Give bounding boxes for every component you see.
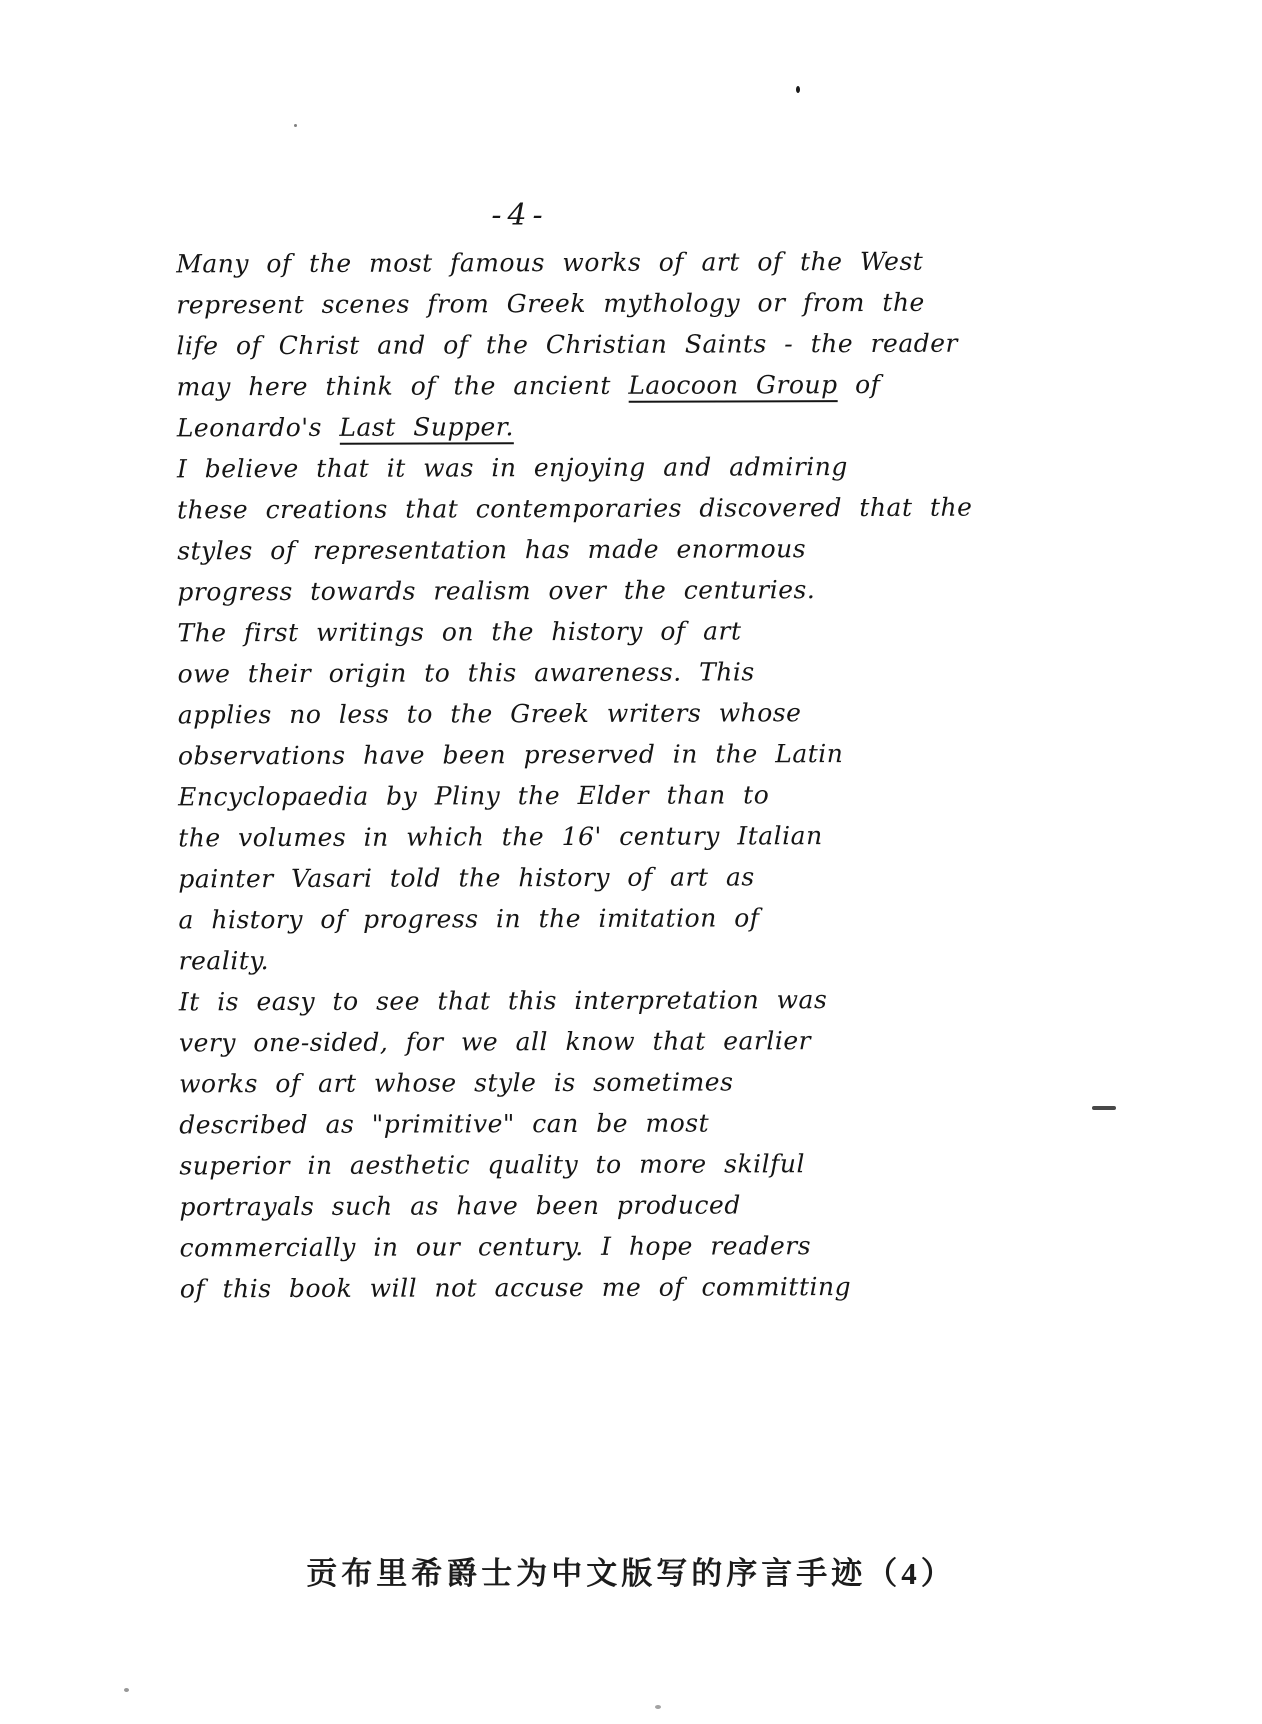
manuscript-line: described as "primitive" can be most bbox=[179, 1102, 969, 1146]
handwriting-segment: reality. bbox=[179, 946, 270, 975]
manuscript-line: observations have been preserved in the … bbox=[178, 733, 968, 777]
handwriting-segment: may here think of the ancient bbox=[177, 371, 629, 402]
handwriting-segment: Leonardo's bbox=[177, 413, 340, 443]
manuscript-line: may here think of the ancient Laocoon Gr… bbox=[177, 364, 967, 408]
handwriting-segment: life of Christ and of the Christian Sain… bbox=[176, 329, 958, 361]
scan-speck bbox=[294, 124, 297, 127]
handwriting-segment: Encyclopaedia by Pliny the Elder than to bbox=[178, 780, 769, 811]
handwriting-segment: represent scenes from Greek mythology or… bbox=[176, 288, 925, 320]
handwriting-segment: superior in aesthetic quality to more sk… bbox=[179, 1149, 805, 1180]
handwriting-segment: commercially in our century. I hope read… bbox=[180, 1231, 812, 1262]
manuscript-line: styles of representation has made enormo… bbox=[177, 528, 967, 572]
handwriting-segment: Many of the most famous works of art of … bbox=[176, 247, 923, 279]
handwriting-segment: very one-sided, for we all know that ear… bbox=[179, 1026, 811, 1057]
handwriting-segment: I believe that it was in enjoying and ad… bbox=[177, 452, 848, 483]
handwriting-segment: of this book will not accuse me of commi… bbox=[180, 1272, 851, 1303]
manuscript-line: painter Vasari told the history of art a… bbox=[178, 856, 968, 900]
manuscript-line: progress towards realism over the centur… bbox=[177, 569, 967, 613]
manuscript-line: The first writings on the history of art bbox=[177, 610, 967, 654]
handwriting-segment: applies no less to the Greek writers who… bbox=[178, 698, 802, 729]
manuscript-line: Encyclopaedia by Pliny the Elder than to bbox=[178, 774, 968, 818]
scan-speck bbox=[796, 86, 800, 93]
chinese-caption: 贡布里希爵士为中文版写的序言手迹（4） bbox=[0, 1548, 1262, 1593]
handwriting-segment: progress towards realism over the centur… bbox=[177, 575, 815, 606]
manuscript-line: the volumes in which the 16' century Ita… bbox=[178, 815, 968, 859]
handwriting-segment: styles of representation has made enormo… bbox=[177, 534, 806, 565]
manuscript-line: I believe that it was in enjoying and ad… bbox=[177, 446, 967, 490]
manuscript-line: represent scenes from Greek mythology or… bbox=[176, 282, 966, 326]
handwritten-text-block: Many of the most famous works of art of … bbox=[176, 241, 970, 1310]
handwriting-segment: observations have been preserved in the … bbox=[178, 739, 844, 770]
handwriting-segment: these creations that contemporaries disc… bbox=[177, 493, 972, 525]
manuscript-line: Leonardo's Last Supper. bbox=[177, 405, 967, 449]
manuscript-line: very one-sided, for we all know that ear… bbox=[179, 1020, 969, 1064]
manuscript-line: works of art whose style is sometimes bbox=[179, 1061, 969, 1105]
manuscript-line: portrayals such as have been produced bbox=[179, 1184, 969, 1228]
manuscript-line: these creations that contemporaries disc… bbox=[177, 487, 967, 531]
handwriting-segment: a history of progress in the imitation o… bbox=[178, 903, 759, 934]
manuscript-line: commercially in our century. I hope read… bbox=[180, 1225, 970, 1269]
manuscript-line: Many of the most famous works of art of … bbox=[176, 241, 966, 285]
page-number: -4- bbox=[440, 198, 600, 233]
underlined-phrase: Last Supper. bbox=[339, 412, 514, 445]
manuscript-line: It is easy to see that this interpretati… bbox=[179, 979, 969, 1023]
scan-speck bbox=[1092, 1106, 1116, 1110]
handwriting-segment: of bbox=[838, 370, 881, 399]
handwriting-segment: the volumes in which the 16' century Ita… bbox=[178, 821, 823, 852]
handwriting-segment: It is easy to see that this interpretati… bbox=[179, 985, 828, 1016]
manuscript-line: of this book will not accuse me of commi… bbox=[180, 1266, 970, 1310]
manuscript-line: life of Christ and of the Christian Sain… bbox=[176, 323, 966, 367]
handwriting-segment: owe their origin to this awareness. This bbox=[178, 657, 755, 688]
underlined-phrase: Laocoon Group bbox=[628, 370, 837, 403]
manuscript-line: applies no less to the Greek writers who… bbox=[178, 692, 968, 736]
handwriting-segment: portrayals such as have been produced bbox=[179, 1190, 740, 1221]
scan-speck bbox=[655, 1705, 661, 1709]
scan-speck bbox=[124, 1688, 129, 1692]
manuscript-page: -4- Many of the most famous works of art… bbox=[0, 0, 1262, 1724]
manuscript-line: reality. bbox=[179, 938, 969, 982]
manuscript-line: owe their origin to this awareness. This bbox=[178, 651, 968, 695]
handwriting-segment: The first writings on the history of art bbox=[177, 616, 741, 647]
handwriting-segment: works of art whose style is sometimes bbox=[179, 1067, 733, 1098]
handwriting-segment: painter Vasari told the history of art a… bbox=[178, 862, 754, 893]
manuscript-line: a history of progress in the imitation o… bbox=[178, 897, 968, 941]
handwriting-segment: described as "primitive" can be most bbox=[179, 1109, 709, 1140]
manuscript-line: superior in aesthetic quality to more sk… bbox=[179, 1143, 969, 1187]
